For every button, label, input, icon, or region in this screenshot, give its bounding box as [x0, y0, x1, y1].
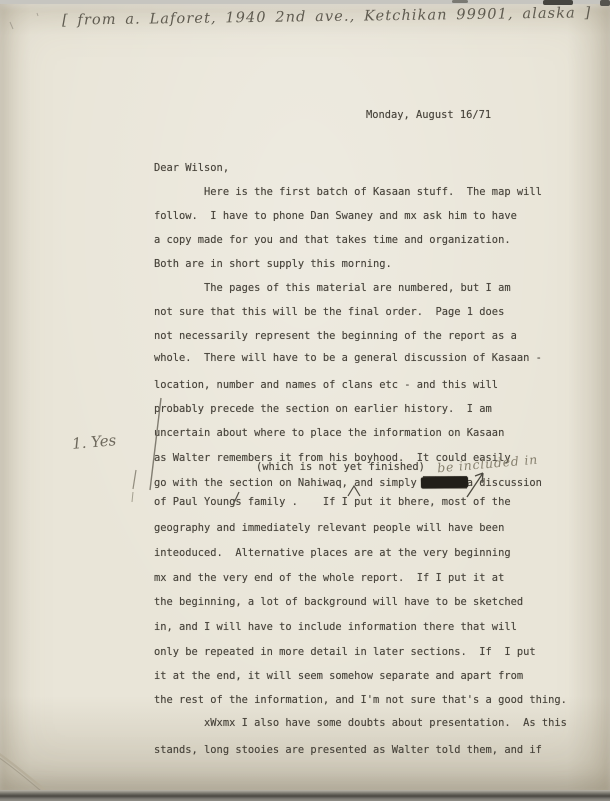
typed-line-4: a copy made for you and that takes time …	[154, 234, 511, 246]
typed-line-15: of Paul Youngs family . If I put it bher…	[154, 496, 511, 508]
typed-line-3: follow. I have to phone Dan Swaney and m…	[154, 210, 517, 222]
typed-line-24: xWxmx I also have some doubts about pres…	[154, 717, 567, 729]
typed-line-16: geography and immediately relevant peopl…	[154, 522, 504, 534]
letter-body: Dear Wilson, Here is the first batch of …	[0, 0, 610, 801]
typed-line-7: not sure that this will be the final ord…	[154, 306, 504, 318]
typed-line-14: go with the section on Nahiwaq, and simp…	[154, 477, 542, 489]
typed-line-2: Here is the first batch of Kasaan stuff.…	[154, 186, 542, 198]
typed-line-8: not necessarily represent the beginning …	[154, 330, 517, 342]
typed-line-17: inteoduced. Alternative places are at th…	[154, 547, 511, 559]
typed-line-10: location, number and names of clans etc …	[154, 379, 498, 391]
scanned-letter: [ from a. Laforet, 1940 2nd ave., Ketchi…	[0, 0, 610, 801]
typed-line-18: mx and the very end of the whole report.…	[154, 572, 504, 584]
typed-line-11: probably precede the section on earlier …	[154, 403, 492, 415]
typed-line-19: the beginning, a lot of background will …	[154, 596, 523, 608]
interline-insertion: (which is not yet finished)	[256, 461, 425, 473]
typed-line-22: it at the end, it will seem somehow sepa…	[154, 670, 523, 682]
typed-line-5: Both are in short supply this morning.	[154, 258, 392, 270]
typed-line-23: the rest of the information, and I'm not…	[154, 694, 567, 706]
typed-line-1: Dear Wilson,	[154, 162, 229, 174]
typed-line-25: stands, long stooies are presented as Wa…	[154, 744, 542, 756]
scan-bottom-edge	[0, 790, 610, 801]
censor-mark	[421, 477, 468, 489]
typed-line-20: in, and I will have to include informati…	[154, 621, 517, 633]
typed-line-12: uncertain about where to place the infor…	[154, 427, 504, 439]
typed-line-21: only be repeated in more detail in later…	[154, 646, 536, 658]
typed-line-6: The pages of this material are numbered,…	[154, 282, 511, 294]
typed-line-9: whole. There will have to be a general d…	[154, 352, 542, 364]
margin-annotation: 1. Yes	[71, 431, 117, 453]
